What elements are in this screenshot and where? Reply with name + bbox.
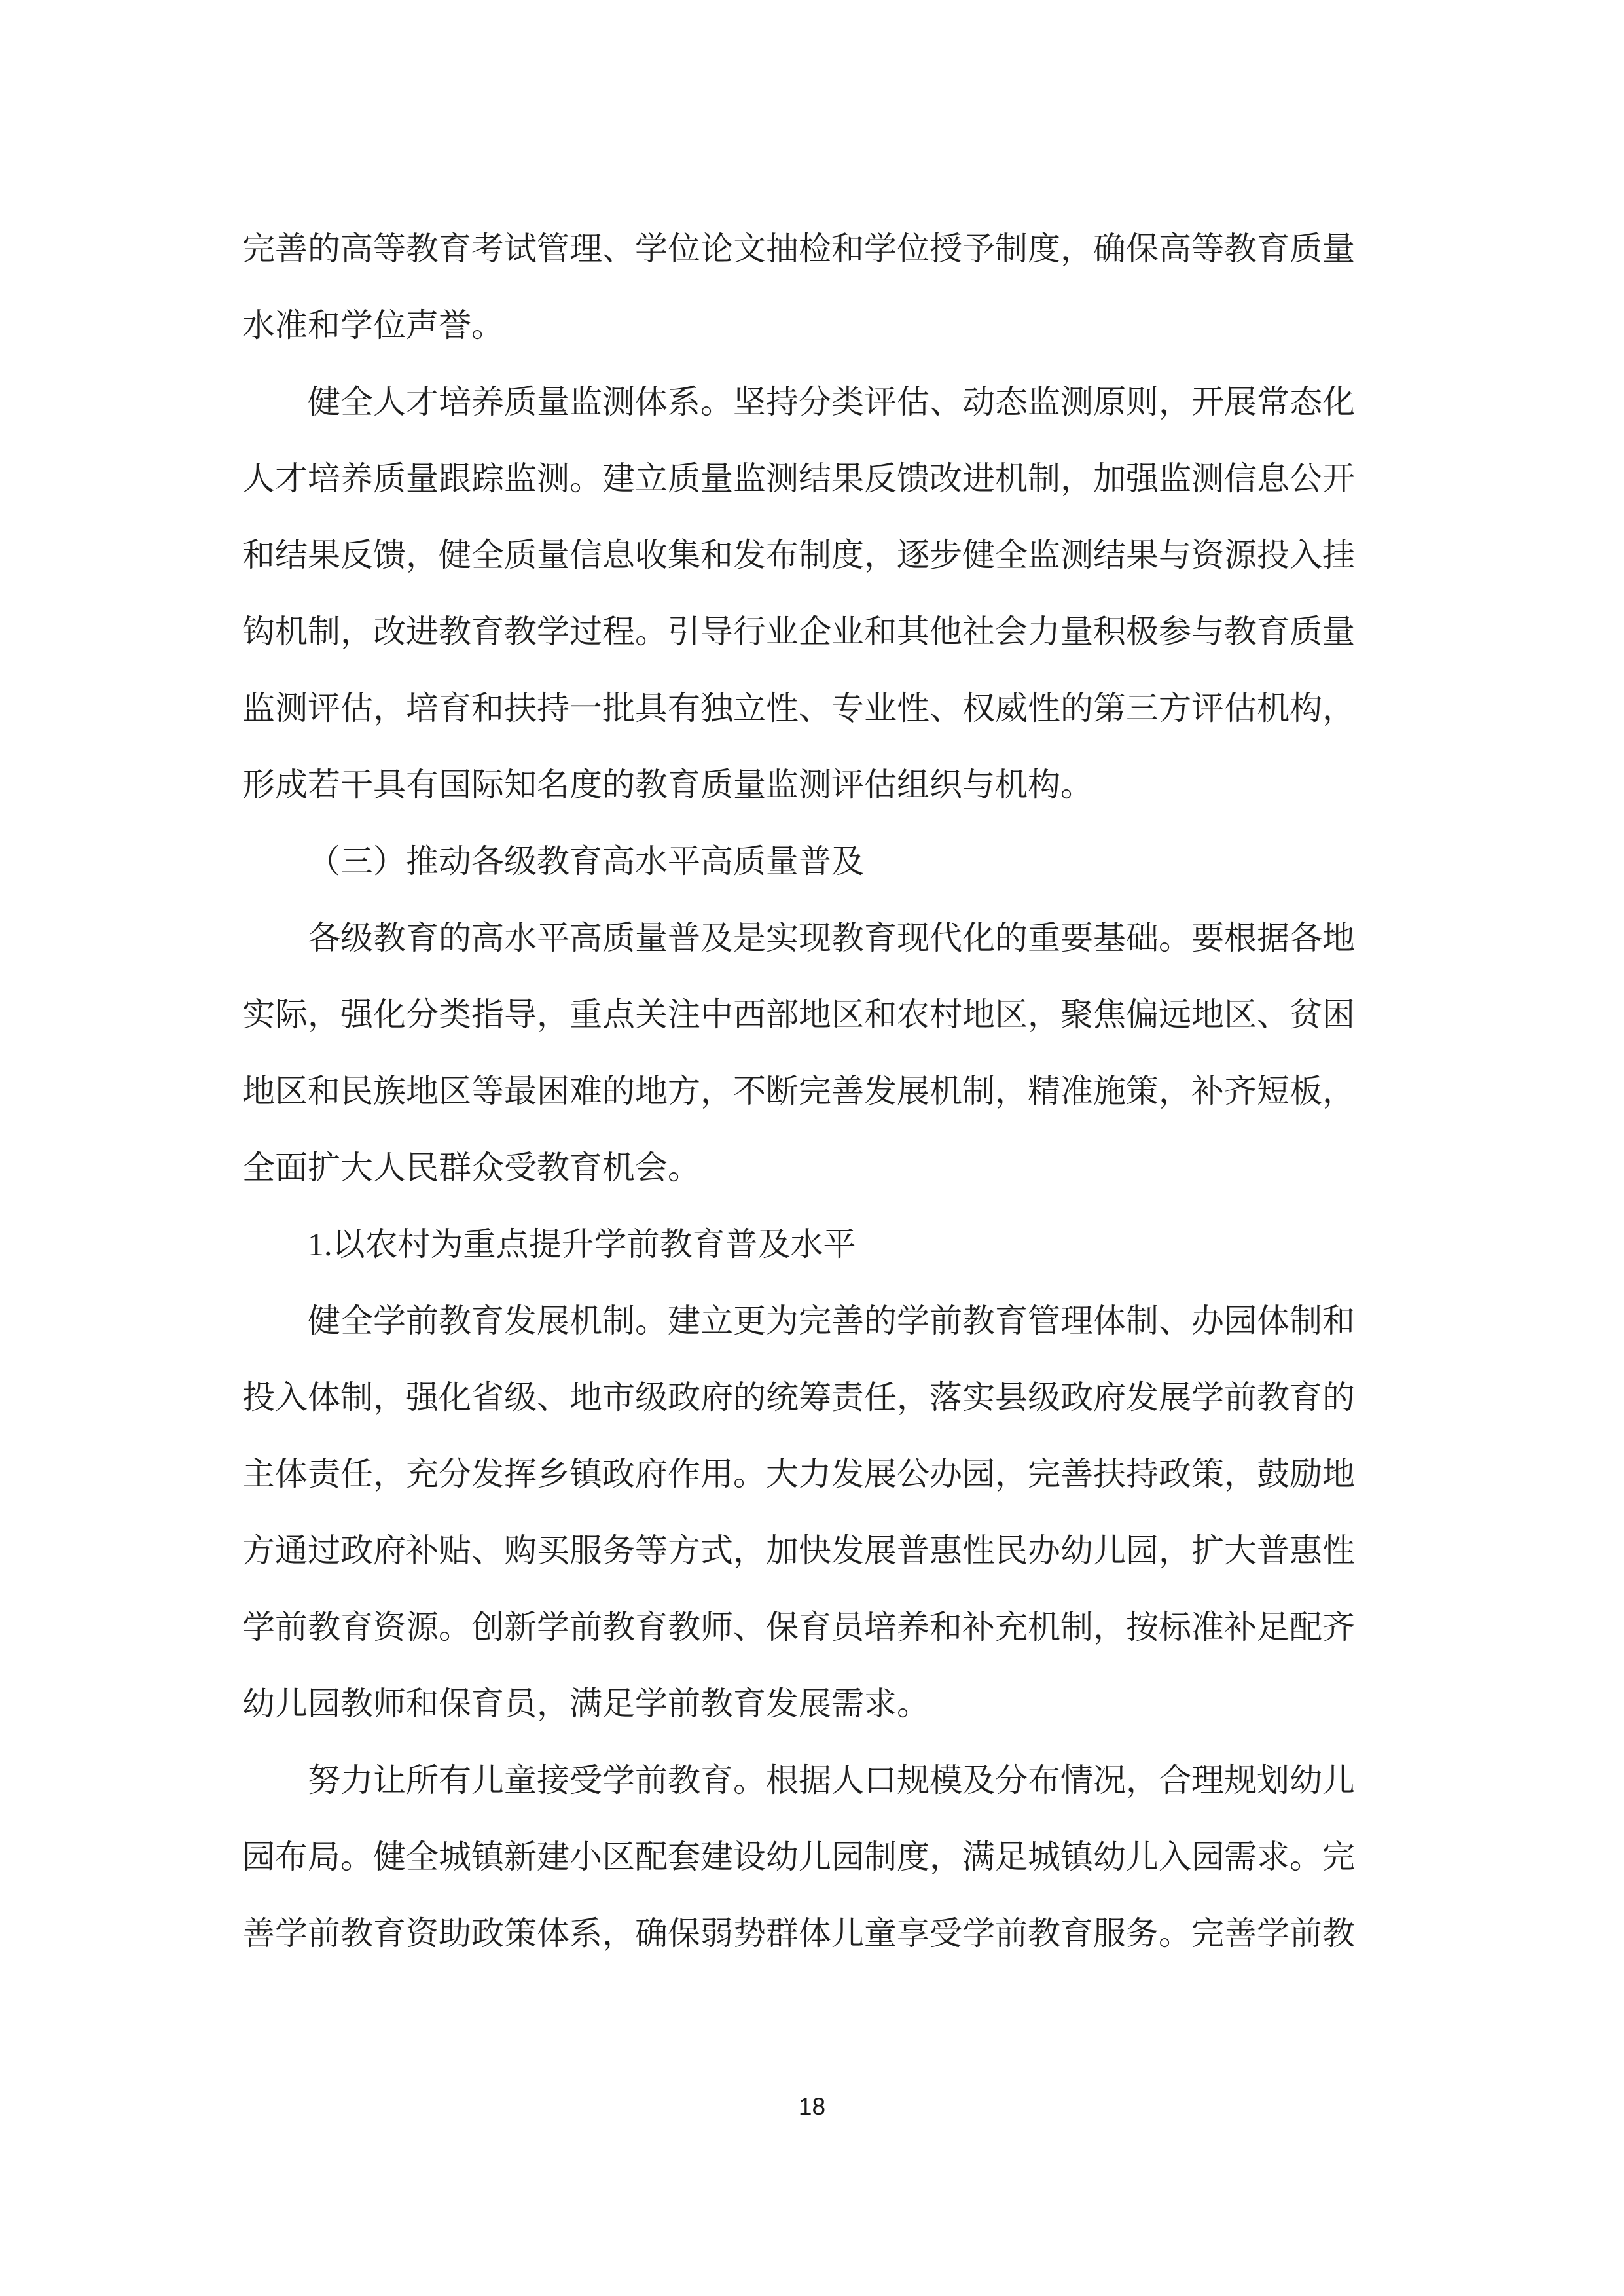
text-line: 全面扩大人民群众受教育机会。 [242, 1130, 1355, 1206]
text-line: 形成若干具有国际知名度的教育质量监测评估组织与机构。 [242, 747, 1355, 823]
text-line: 和结果反馈，健全质量信息收集和发布制度，逐步健全监测结果与资源投入挂 [242, 517, 1355, 594]
text-line: 健全学前教育发展机制。建立更为完善的学前教育管理体制、办园体制和 [242, 1283, 1355, 1359]
text-line: 园布局。健全城镇新建小区配套建设幼儿园制度，满足城镇幼儿入园需求。完 [242, 1819, 1355, 1895]
text-line: 投入体制，强化省级、地市级政府的统筹责任，落实县级政府发展学前教育的 [242, 1359, 1355, 1436]
text-line: 主体责任，充分发挥乡镇政府作用。大力发展公办园，完善扶持政策，鼓励地 [242, 1436, 1355, 1513]
text-line: 实际，强化分类指导，重点关注中西部地区和农村地区，聚焦偏远地区、贫困 [242, 977, 1355, 1053]
text-line: 健全人才培养质量监测体系。坚持分类评估、动态监测原则，开展常态化 [242, 364, 1355, 440]
text-line: 钩机制，改进教育教学过程。引导行业企业和其他社会力量积极参与教育质量 [242, 594, 1355, 670]
body-text: 完善的高等教育考试管理、学位论文抽检和学位授予制度，确保高等教育质量水准和学位声… [242, 211, 1355, 1972]
page-number: 18 [0, 2093, 1624, 2121]
text-line: 1.以农村为重点提升学前教育普及水平 [242, 1206, 1355, 1283]
text-line: 地区和民族地区等最困难的地方，不断完善发展机制，精准施策，补齐短板， [242, 1053, 1355, 1130]
text-line: 监测评估，培育和扶持一批具有独立性、专业性、权威性的第三方评估机构， [242, 670, 1355, 747]
document-page: 完善的高等教育考试管理、学位论文抽检和学位授予制度，确保高等教育质量水准和学位声… [0, 0, 1624, 2296]
text-line: 人才培养质量跟踪监测。建立质量监测结果反馈改进机制，加强监测信息公开 [242, 440, 1355, 517]
text-line: 各级教育的高水平高质量普及是实现教育现代化的重要基础。要根据各地 [242, 900, 1355, 977]
text-line: （三）推动各级教育高水平高质量普及 [242, 823, 1355, 900]
text-line: 努力让所有儿童接受学前教育。根据人口规模及分布情况，合理规划幼儿 [242, 1742, 1355, 1819]
text-line: 幼儿园教师和保育员，满足学前教育发展需求。 [242, 1666, 1355, 1742]
text-line: 善学前教育资助政策体系，确保弱势群体儿童享受学前教育服务。完善学前教 [242, 1895, 1355, 1972]
text-line: 学前教育资源。创新学前教育教师、保育员培养和补充机制，按标准补足配齐 [242, 1589, 1355, 1666]
text-line: 完善的高等教育考试管理、学位论文抽检和学位授予制度，确保高等教育质量 [242, 211, 1355, 287]
text-line: 方通过政府补贴、购买服务等方式，加快发展普惠性民办幼儿园，扩大普惠性 [242, 1513, 1355, 1589]
text-line: 水准和学位声誉。 [242, 287, 1355, 364]
